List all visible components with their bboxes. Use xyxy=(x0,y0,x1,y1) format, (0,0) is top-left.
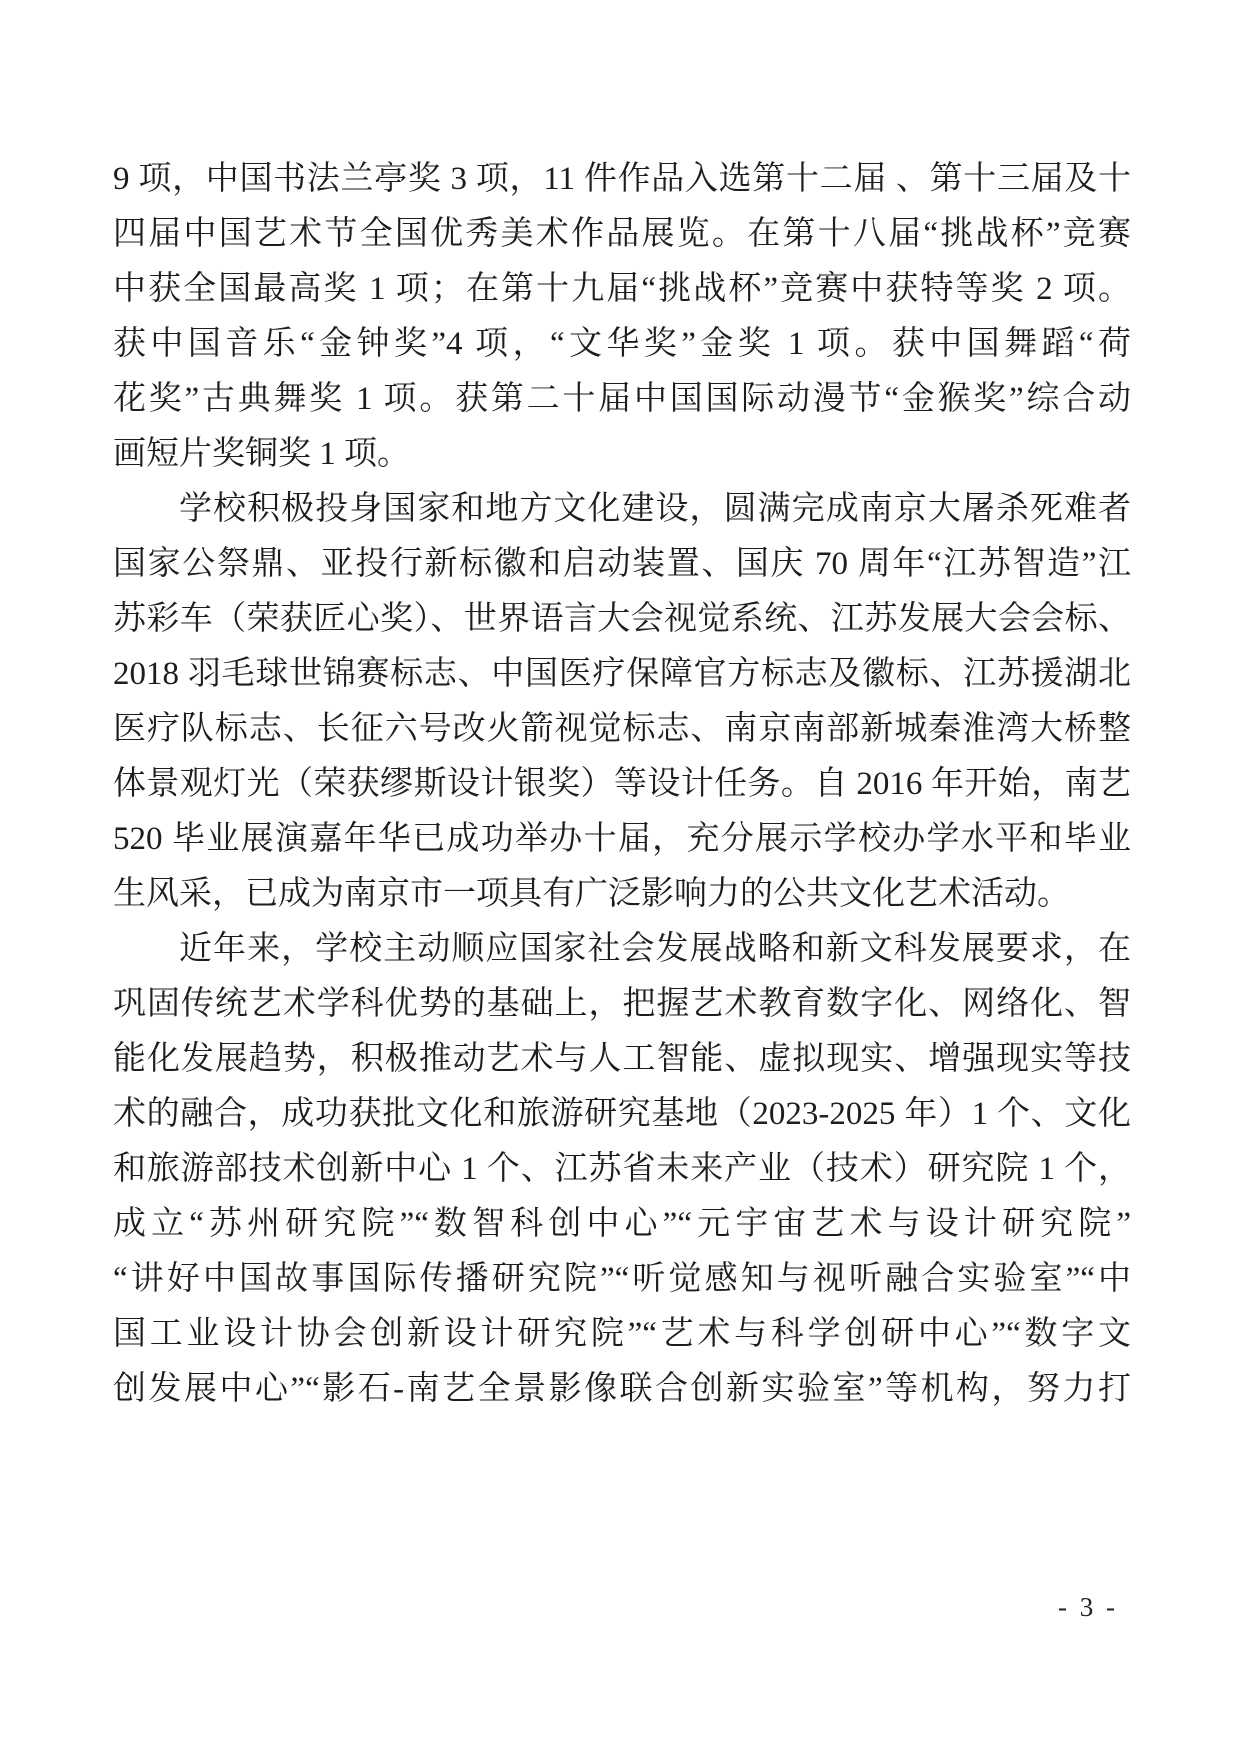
text-line: 近年来，学校主动顺应国家社会发展战略和新文科发展要求，在 xyxy=(113,922,1131,977)
document-body: 9 项，中国书法兰亭奖 3 项，11 件作品入选第十二届 、第十三届及十四届中国… xyxy=(113,152,1131,1417)
text-line: 国家公祭鼎、亚投行新标徽和启动装置、国庆 70 周年“江苏智造”江 xyxy=(113,537,1131,592)
text-line: 获中国音乐“金钟奖”4 项，“文华奖”金奖 1 项。获中国舞蹈“荷 xyxy=(113,317,1131,372)
text-line: 画短片奖铜奖 1 项。 xyxy=(113,427,1131,482)
document-page: 9 项，中国书法兰亭奖 3 项，11 件作品入选第十二届 、第十三届及十四届中国… xyxy=(0,0,1240,1753)
text-line: 术的融合，成功获批文化和旅游研究基地（2023-2025 年）1 个、文化 xyxy=(113,1087,1131,1142)
text-line: 生风采，已成为南京市一项具有广泛影响力的公共文化艺术活动。 xyxy=(113,867,1131,922)
text-line: 成立“苏州研究院”“数智科创中心”“元宇宙艺术与设计研究院” xyxy=(113,1197,1131,1252)
text-line: 和旅游部技术创新中心 1 个、江苏省未来产业（技术）研究院 1 个， xyxy=(113,1142,1131,1197)
text-line: 520 毕业展演嘉年华已成功举办十届，充分展示学校办学水平和毕业 xyxy=(113,812,1131,867)
text-line: 医疗队标志、长征六号改火箭视觉标志、南京南部新城秦淮湾大桥整 xyxy=(113,702,1131,757)
text-line: 学校积极投身国家和地方文化建设，圆满完成南京大屠杀死难者 xyxy=(113,482,1131,537)
text-line: 国工业设计协会创新设计研究院”“艺术与科学创研中心”“数字文 xyxy=(113,1307,1131,1362)
text-line: 体景观灯光（荣获缪斯设计银奖）等设计任务。自 2016 年开始，南艺 xyxy=(113,757,1131,812)
text-line: 苏彩车（荣获匠心奖）、世界语言大会视觉系统、江苏发展大会会标、 xyxy=(113,592,1131,647)
page-number: - 3 - xyxy=(1058,1592,1118,1623)
text-line: 四届中国艺术节全国优秀美术作品展览。在第十八届“挑战杯”竞赛 xyxy=(113,207,1131,262)
text-line: 巩固传统艺术学科优势的基础上，把握艺术教育数字化、网络化、智 xyxy=(113,977,1131,1032)
text-line: 能化发展趋势，积极推动艺术与人工智能、虚拟现实、增强现实等技 xyxy=(113,1032,1131,1087)
text-line: 中获全国最高奖 1 项；在第十九届“挑战杯”竞赛中获特等奖 2 项。 xyxy=(113,262,1131,317)
text-line: 9 项，中国书法兰亭奖 3 项，11 件作品入选第十二届 、第十三届及十 xyxy=(113,152,1131,207)
text-line: “讲好中国故事国际传播研究院”“听觉感知与视听融合实验室”“中 xyxy=(113,1252,1131,1307)
text-line: 花奖”古典舞奖 1 项。获第二十届中国国际动漫节“金猴奖”综合动 xyxy=(113,372,1131,427)
text-line: 2018 羽毛球世锦赛标志、中国医疗保障官方标志及徽标、江苏援湖北 xyxy=(113,647,1131,702)
text-line: 创发展中心”“影石-南艺全景影像联合创新实验室”等机构，努力打 xyxy=(113,1362,1131,1417)
